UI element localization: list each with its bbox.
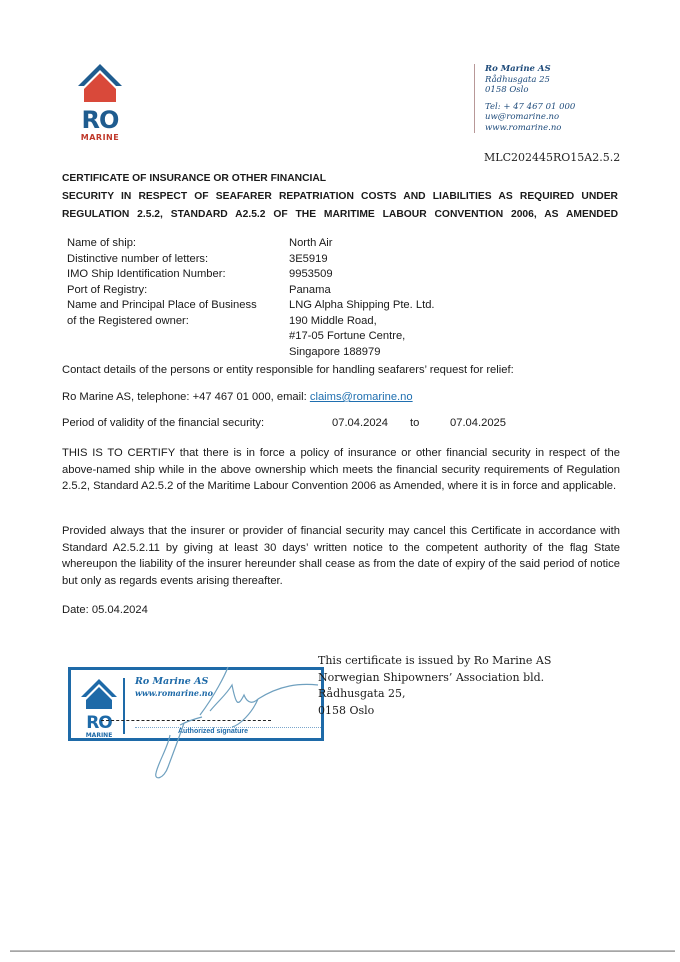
- field-label: Distinctive number of letters:: [67, 252, 289, 268]
- signature-scribble: [140, 655, 340, 785]
- company-city: 0158 Oslo: [485, 85, 575, 96]
- company-tel: Tel: + 47 467 01 000: [485, 102, 575, 113]
- field-label: of the Registered owner:: [67, 314, 289, 330]
- ship-details: Name of ship:North Air Distinctive numbe…: [67, 236, 435, 360]
- field-label: [67, 329, 289, 345]
- field-label: [67, 345, 289, 361]
- logo-text: RO: [76, 108, 124, 132]
- field-row: of the Registered owner:190 Middle Road,: [67, 314, 435, 330]
- field-value: 3E5919: [289, 252, 328, 268]
- contact-line: Ro Marine AS, telephone: +47 467 01 000,…: [62, 389, 620, 406]
- title-line-1: CERTIFICATE OF INSURANCE OR OTHER FINANC…: [62, 170, 618, 188]
- house-roof-icon: [76, 62, 124, 106]
- validity-to-word: to: [410, 417, 419, 429]
- issuer-block: This certificate is issued by Ro Marine …: [318, 653, 551, 719]
- validity-label: Period of validity of the financial secu…: [62, 417, 264, 429]
- company-name: Ro Marine AS: [485, 64, 575, 75]
- logo-subtext: MARINE: [76, 133, 124, 142]
- field-label: Name of ship:: [67, 236, 289, 252]
- issuer-line-1: This certificate is issued by Ro Marine …: [318, 653, 551, 670]
- stamp-logo: RO MARINE: [79, 678, 119, 739]
- field-value: #17-05 Fortune Centre,: [289, 329, 405, 345]
- field-row: Name of ship:North Air: [67, 236, 435, 252]
- issuer-line-2: Norwegian Shipowners’ Association bld.: [318, 670, 551, 687]
- company-street: Rådhusgata 25: [485, 75, 575, 86]
- field-value: Singapore 188979: [289, 345, 380, 361]
- field-row: Port of Registry:Panama: [67, 283, 435, 299]
- field-row: Distinctive number of letters:3E5919: [67, 252, 435, 268]
- field-row: Name and Principal Place of BusinessLNG …: [67, 298, 435, 314]
- field-value: LNG Alpha Shipping Pte. Ltd.: [289, 298, 435, 314]
- field-row: Singapore 188979: [67, 345, 435, 361]
- cancellation-paragraph: Provided always that the insurer or prov…: [62, 523, 620, 589]
- stamp-logo-text: RO: [79, 715, 119, 732]
- company-email[interactable]: uw@romarine.no: [485, 112, 575, 123]
- stamp-logo-subtext: MARINE: [79, 732, 119, 739]
- company-address: Ro Marine AS Rådhusgata 25 0158 Oslo Tel…: [474, 64, 575, 133]
- issuer-line-3: Rådhusgata 25,: [318, 686, 551, 703]
- field-value: North Air: [289, 236, 333, 252]
- certificate-title: CERTIFICATE OF INSURANCE OR OTHER FINANC…: [62, 170, 618, 224]
- field-row: #17-05 Fortune Centre,: [67, 329, 435, 345]
- validity-to: 07.04.2025: [450, 417, 506, 429]
- company-web[interactable]: www.romarine.no: [485, 123, 575, 134]
- stamp-divider: [123, 678, 125, 734]
- footer-rule: [10, 950, 675, 952]
- issuer-line-4: 0158 Oslo: [318, 703, 551, 720]
- field-value: 9953509: [289, 267, 333, 283]
- field-value: 190 Middle Road,: [289, 314, 377, 330]
- validity-from: 07.04.2024: [332, 417, 388, 429]
- field-row: IMO Ship Identification Number:9953509: [67, 267, 435, 283]
- ro-marine-logo: RO MARINE: [76, 62, 124, 142]
- title-line-2: SECURITY IN RESPECT OF SEAFARER REPATRIA…: [62, 188, 618, 206]
- field-label: IMO Ship Identification Number:: [67, 267, 289, 283]
- claims-email-link[interactable]: claims@romarine.no: [310, 391, 413, 403]
- title-line-3: REGULATION 2.5.2, STANDARD A2.5.2 OF THE…: [62, 206, 618, 224]
- house-roof-icon: [79, 678, 119, 710]
- certify-paragraph: THIS IS TO CERTIFY that there is in forc…: [62, 445, 620, 495]
- field-value: Panama: [289, 283, 331, 299]
- field-label: Port of Registry:: [67, 283, 289, 299]
- issue-date: Date: 05.04.2024: [62, 602, 620, 619]
- contact-text: Ro Marine AS, telephone: +47 467 01 000,…: [62, 391, 310, 403]
- field-label: Name and Principal Place of Business: [67, 298, 289, 314]
- contact-heading: Contact details of the persons or entity…: [62, 362, 620, 379]
- certificate-reference: MLC202445RO15A2.5.2: [484, 151, 620, 164]
